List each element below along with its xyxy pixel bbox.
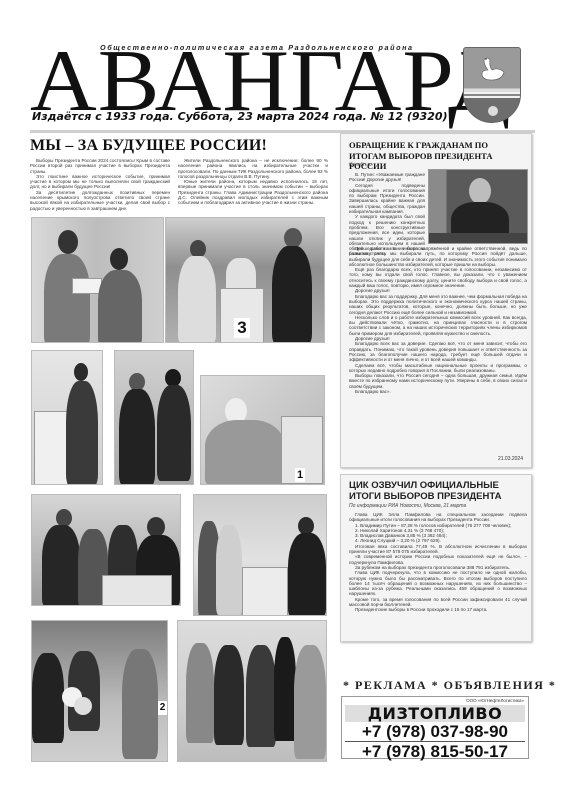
person-figure	[42, 525, 80, 606]
ballot-box-number: 1	[295, 468, 305, 482]
ballot-box	[34, 411, 68, 485]
person-figure	[32, 653, 64, 743]
paragraph: Жители Раздольненского района – не исклю…	[178, 158, 328, 179]
president-photo	[428, 169, 528, 244]
ad-product: ДИЗТОПЛИВО	[345, 705, 525, 722]
paragraph: Выборы показали, что Россия сегодня – од…	[349, 373, 527, 389]
photo-group-voting	[31, 494, 181, 606]
paragraph: Прошедшая кампания была напряжённой и кр…	[349, 246, 527, 267]
president-address-article: ОБРАЩЕНИЕ К ГРАЖДАНАМ ПО ИТОГАМ ВЫБОРОВ …	[340, 133, 532, 468]
cik-results-article: ЦИК ОЗВУЧИЛ ОФИЦИАЛЬНЫЕ ИТОГИ ВЫБОРОВ ПР…	[340, 474, 532, 642]
ads-section-title: * РЕКЛАМА * ОБЪЯВЛЕНИЯ *	[343, 678, 533, 693]
person-figure	[157, 385, 191, 481]
person-figure	[205, 420, 285, 485]
paragraph: Благодарю вас за поддержку. Для меня это…	[349, 294, 527, 315]
person-figure	[216, 525, 242, 615]
ad-phone-1: +7 (978) 037-98-90	[345, 723, 525, 740]
person-figure	[44, 254, 90, 343]
person-figure	[274, 637, 296, 741]
person-figure	[294, 645, 326, 759]
address-headline: ОБРАЩЕНИЕ К ГРАЖДАНАМ ПО ИТОГАМ ВЫБОРОВ …	[349, 140, 527, 172]
wave-stripe	[464, 92, 520, 94]
photo-voters-at-ballot-box: 3	[165, 217, 325, 343]
cik-source: По информации РИА Новости, Москва, 21 ма…	[349, 503, 466, 509]
person-head	[110, 248, 128, 270]
masthead: АВАНГАРД Общественно-политическая газета…	[30, 40, 535, 130]
person-head	[469, 178, 491, 204]
person-head	[74, 363, 88, 381]
paragraph: «В современной истории России подобных п…	[349, 554, 527, 565]
coat-of-arms-icon	[463, 47, 521, 123]
ballot-paper	[72, 278, 102, 294]
issue-line: Издаётся с 1933 года. Суббота, 23 марта …	[32, 110, 448, 123]
swan-icon	[476, 56, 510, 86]
person-figure	[122, 649, 158, 759]
diesel-fuel-ad: ООО «ЮгНефтеЛогистика» ДИЗТОПЛИВО +7 (97…	[341, 696, 529, 759]
coat-emblem-dot	[488, 106, 498, 116]
cik-headline: ЦИК ОЗВУЧИЛ ОФИЦИАЛЬНЫЕ ИТОГИ ВЫБОРОВ ПР…	[349, 480, 527, 502]
ballot-box-number: 2	[158, 701, 167, 715]
paragraph: В. Путин: «Уважаемые граждане России! До…	[349, 172, 425, 183]
paragraph: Юные жители района, которым недавно испо…	[178, 179, 328, 205]
paragraph: Благодарю вас».	[349, 389, 527, 394]
address-column-wide: Прошедшая кампания была напряжённой и кр…	[349, 246, 527, 394]
desk	[429, 233, 528, 243]
address-date: 21.03.2024	[498, 456, 523, 462]
photo-elderly-woman-home-voting: 1	[200, 375, 325, 485]
photo-family-at-ballot-box	[193, 494, 327, 616]
paragraph: Несколько слов и о работе избирательных …	[349, 315, 527, 336]
paragraph: Итоговая явка составила 77,49 %. В абсол…	[349, 544, 527, 555]
paragraph: За десятилетие долгожданных позитивных п…	[30, 190, 170, 211]
photo-election-commission-members	[177, 620, 327, 762]
ballot-box	[102, 575, 172, 606]
paragraph: Благодарю всех вас за доверие. Сделаю вс…	[349, 341, 527, 362]
newspaper-tagline: Общественно-политическая газета Раздольн…	[100, 43, 414, 52]
person-figure	[272, 246, 312, 343]
person-head	[147, 517, 165, 537]
person-figure	[66, 381, 98, 485]
ad-company: ООО «ЮгНефтеЛогистика»	[466, 698, 524, 703]
person-figure	[186, 643, 214, 743]
person-head	[284, 228, 302, 248]
paragraph: Глава ЦИК подчеркнула, что в комиссию не…	[349, 570, 527, 596]
lead-headline: МЫ – ЗА БУДУЩЕЕ РОССИИ!	[30, 137, 267, 155]
photo-man-and-youth	[114, 350, 194, 485]
person-figure	[288, 533, 326, 616]
paragraph: Ещё раз благодарю всех, кто принял участ…	[349, 267, 527, 288]
paragraph: Это поистине важное историческое событие…	[30, 174, 170, 190]
paragraph: Выборы Президента России 2024 состоялись…	[30, 158, 170, 174]
photo-man-voting	[31, 350, 103, 485]
ballot-box-number: 3	[234, 318, 250, 338]
lead-article-column-2: Жители Раздольненского района – не исклю…	[178, 158, 328, 206]
paragraph: Сегодня подведены официальные итоги голо…	[349, 183, 425, 215]
person-figure	[178, 256, 216, 343]
person-figure	[98, 270, 142, 343]
wave-stripe	[464, 96, 520, 98]
person-figure	[246, 645, 276, 747]
paragraph: Президентские выборы в России проходили …	[349, 607, 527, 612]
paragraph: Сделаем всё, чтобы масштабные национальн…	[349, 363, 527, 374]
photo-young-voter-congratulated: 2	[31, 620, 168, 762]
ad-phone-2: +7 (978) 815-50-17	[345, 741, 525, 760]
photo-two-women-with-ballot	[31, 217, 164, 343]
balloon	[74, 697, 92, 715]
paragraph: Кроме того, за время голосования по всей…	[349, 597, 527, 608]
address-source: Kremlin.ru	[349, 162, 372, 168]
person-head	[58, 230, 78, 254]
cik-article-body: Глава ЦИК Элла Памфилова на специальном …	[349, 512, 527, 613]
lead-article-column-1: Выборы Президента России 2024 состоялись…	[30, 158, 170, 211]
ballot-box	[242, 567, 288, 616]
paragraph: Глава ЦИК Элла Памфилова на специальном …	[349, 512, 527, 523]
address-column-narrow: В. Путин: «Уважаемые граждане России! До…	[349, 172, 425, 257]
person-figure	[214, 645, 244, 745]
person-figure	[119, 389, 155, 485]
